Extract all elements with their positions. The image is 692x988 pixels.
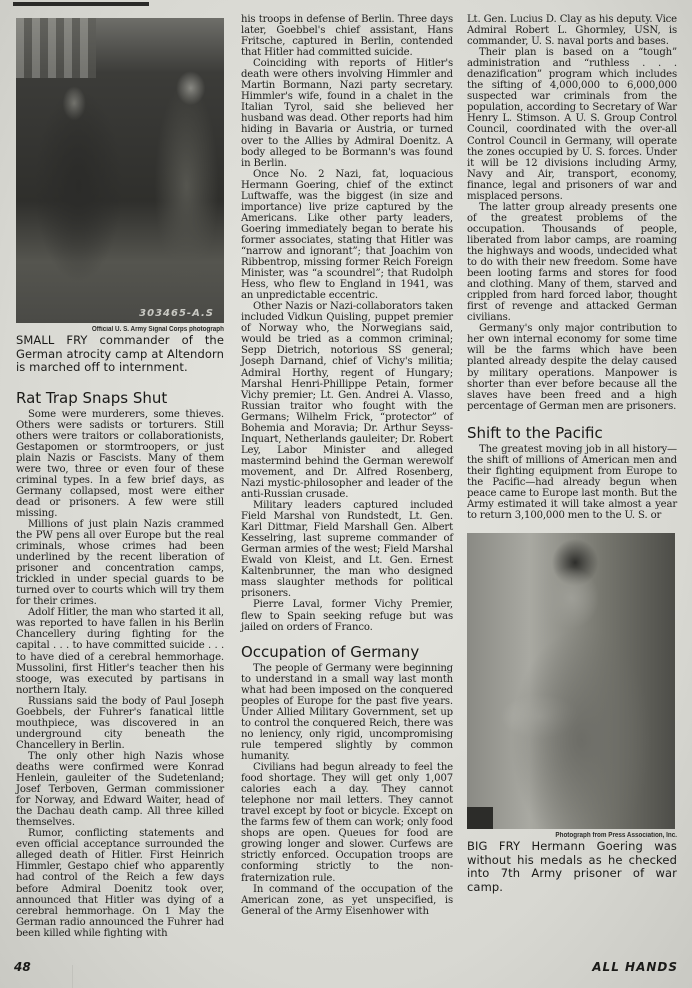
column-2: his troops in defense of Berlin. Three d… xyxy=(241,14,453,917)
paragraph: Military leaders captured included Field… xyxy=(241,500,453,599)
paragraph: Their plan is based on a “tough” adminis… xyxy=(467,47,677,202)
paragraph: The greatest moving job in all history—t… xyxy=(467,444,677,521)
paragraph: Coinciding with reports of Hitler's deat… xyxy=(241,58,453,168)
top-rule xyxy=(13,2,149,6)
paragraph-continued: his troops in defense of Berlin. Three d… xyxy=(241,14,453,58)
paragraph: Rumor, conflicting statements and even o… xyxy=(16,828,224,938)
paragraph: Germany's only major contribution to her… xyxy=(467,323,677,411)
paragraph: Civilians had begun already to feel the … xyxy=(241,762,453,884)
paragraph: Adolf Hitler, the man who started it all… xyxy=(16,607,224,695)
photo-negative-id: 303465-A.S xyxy=(139,308,214,319)
photo-background-pillars xyxy=(16,18,96,78)
paragraph: The people of Germany were beginning to … xyxy=(241,663,453,762)
section-heading-rat-trap: Rat Trap Snaps Shut xyxy=(16,389,224,407)
paragraph: Once No. 2 Nazi, fat, loquacious Hermann… xyxy=(241,169,453,302)
section-heading-shift-pacific: Shift to the Pacific xyxy=(467,424,677,442)
paragraph: Some were murderers, some thieves. Other… xyxy=(16,409,224,519)
paragraph-continued: Lt. Gen. Lucius D. Clay as his deputy. V… xyxy=(467,14,677,47)
section-heading-occupation: Occupation of Germany xyxy=(241,643,453,661)
column-3: Lt. Gen. Lucius D. Clay as his deputy. V… xyxy=(467,14,677,894)
paragraph: Other Nazis or Nazi-collaborators taken … xyxy=(241,301,453,500)
magazine-page: 303465-A.S Official U. S. Army Signal Co… xyxy=(0,0,692,988)
paragraph: In command of the occupation of the Amer… xyxy=(241,884,453,917)
photo-dark-corner xyxy=(467,807,493,829)
page-fold-mark xyxy=(72,965,73,988)
photo-big-fry-goering xyxy=(467,533,675,829)
paragraph: Russians said the body of Paul Joseph Go… xyxy=(16,696,224,751)
column-1: 303465-A.S Official U. S. Army Signal Co… xyxy=(16,18,224,939)
paragraph: The only other high Nazis whose deaths w… xyxy=(16,751,224,828)
photo-credit: Official U. S. Army Signal Corps photogr… xyxy=(37,326,224,333)
photo-small-fry: 303465-A.S xyxy=(16,18,224,323)
page-number: 48 xyxy=(14,960,31,974)
paragraph: Millions of just plain Nazis crammed the… xyxy=(16,519,224,607)
photo-caption: BIG FRY Hermann Goering was without his … xyxy=(467,840,677,894)
magazine-name: ALL HANDS xyxy=(592,960,678,974)
paragraph: The latter group already presents one of… xyxy=(467,202,677,324)
photo-credit: Photograph from Press Association, Inc. xyxy=(488,832,677,839)
photo-caption: SMALL FRY commander of the German atroci… xyxy=(16,334,224,375)
paragraph: Pierre Laval, former Vichy Premier, flew… xyxy=(241,599,453,632)
